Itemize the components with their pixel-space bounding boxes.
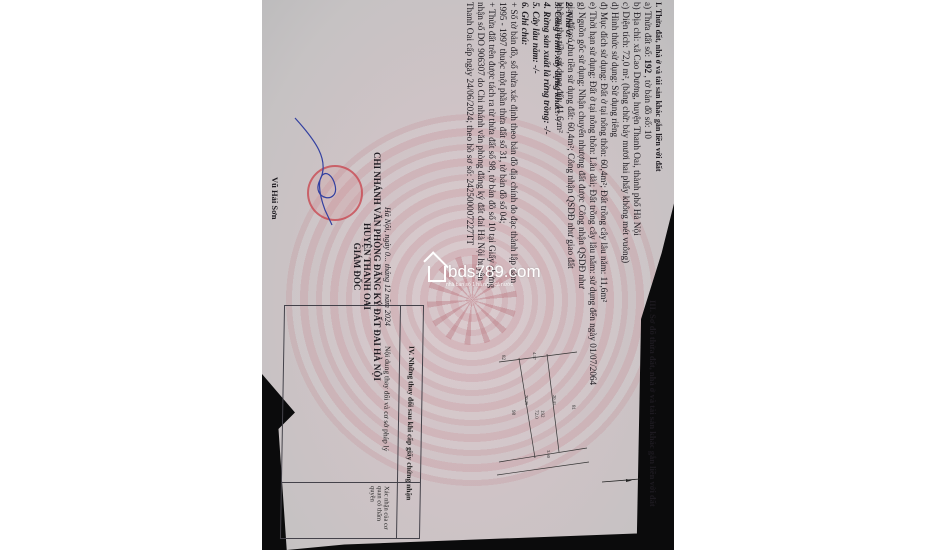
- other-assets-and-notes: 2. Nhà ở: -/- 3. Công trình xây dựng khá…: [464, 2, 574, 292]
- note-1: + Số tờ bản đồ, số thửa xác định theo bả…: [497, 2, 519, 292]
- changes-table-header: IV. Những thay đổi sau khi cấp giấy chứn…: [396, 306, 423, 538]
- map-sheet-number: 10: [643, 130, 653, 139]
- watermark-tagline: nhà bán số 1 hà nội - cả nước: [446, 282, 513, 288]
- column-divider: [282, 482, 420, 483]
- diagram-section-title: III. Sơ đồ thửa đất, nhà ở và tài sản kh…: [648, 300, 658, 507]
- col-authority-confirmation: Xác nhận của cơ quan có thẩm quyền: [368, 486, 390, 536]
- svg-text:4.57: 4.57: [532, 352, 537, 361]
- item-house: 2. Nhà ở: -/-: [563, 2, 574, 292]
- north-arrow-icon: [602, 478, 642, 484]
- parcel-number: 192: [643, 59, 653, 73]
- address-line: b) Địa chỉ: xã Cao Dương, huyện Thanh Oa…: [631, 2, 642, 385]
- svg-text:81: 81: [570, 405, 575, 411]
- use-form-line: d) Hình thức sử dụng: Sử dụng riêng: [609, 2, 620, 385]
- signer-name: Vũ Hải Sơn: [270, 177, 280, 220]
- signature: [290, 110, 350, 230]
- svg-text:82: 82: [500, 355, 505, 361]
- item-forest: 4. Rừng sản xuất là rừng trồng: -/-: [541, 2, 552, 292]
- parcel-area: 72.0: [533, 410, 538, 419]
- svg-text:3.60: 3.60: [546, 450, 551, 459]
- note-2: + Thửa đất trên được tách ra từ thửa đất…: [464, 2, 497, 292]
- item-other-works: 3. Công trình xây dựng khác: -/-: [552, 2, 563, 292]
- col-change-content: Nội dung thay đổi và cơ sở pháp lý: [381, 346, 392, 451]
- house-icon: [428, 266, 446, 282]
- area-line: c) Diện tích: 72,0 m², (bằng chữ: bảy mư…: [620, 2, 631, 385]
- item-perennial: 5. Cây lâu năm: -/-: [530, 2, 541, 292]
- parcel-diagram: 192 72.0 81 98 82 20.41 20.26 4.57 3.60: [497, 350, 607, 480]
- svg-text:98: 98: [510, 410, 515, 416]
- notes-label: 6. Ghi chú:: [519, 2, 530, 292]
- parcel-label: 192: [539, 410, 544, 418]
- watermark: bds789.com nhà bán số 1 hà nội - cả nước: [428, 262, 541, 282]
- svg-text:20.41: 20.41: [552, 395, 557, 405]
- term-line: e) Thời hạn sử dụng: Đất ở tại nông thôn…: [587, 2, 598, 385]
- purpose-line: đ) Mục đích sử dụng: Đất ở tại nông thôn…: [598, 2, 609, 385]
- changes-title: IV. Những thay đổi sau khi cấp giấy chứn…: [405, 346, 417, 500]
- watermark-brand: bds789.com: [448, 262, 541, 282]
- changes-table: IV. Những thay đổi sau khi cấp giấy chứn…: [280, 305, 424, 539]
- svg-text:20.26: 20.26: [524, 395, 529, 406]
